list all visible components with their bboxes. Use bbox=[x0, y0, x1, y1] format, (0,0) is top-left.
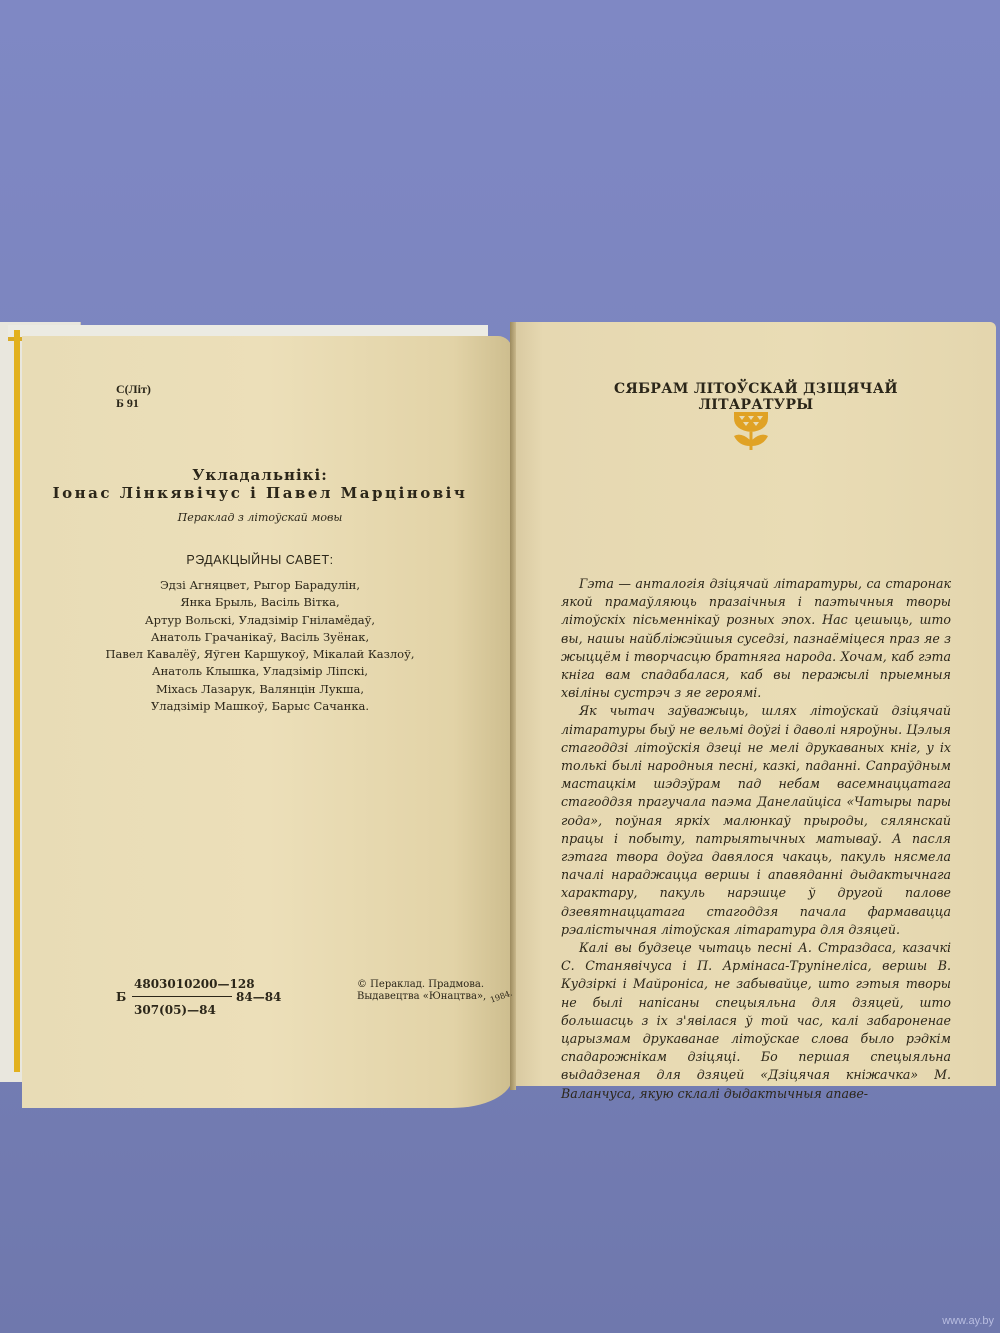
translation-note: Пераклад з літоўскай мовы bbox=[0, 511, 520, 524]
class-code-line: С(Літ) bbox=[116, 382, 151, 396]
board-line: Артур Вольскі, Уладзімір Гніламёдаў, bbox=[0, 612, 520, 629]
paragraph: Як чытач заўважыць, шлях літоўскай дзіця… bbox=[561, 702, 951, 939]
paragraph: Калі вы будзеце чытаць песні А. Страздас… bbox=[561, 939, 951, 1103]
editorial-board-title: РЭДАКЦЫЙНЫ САВЕТ: bbox=[0, 553, 520, 567]
flower-ornament-icon bbox=[733, 410, 769, 457]
board-line: Уладзімір Машкоў, Барыс Сачанка. bbox=[0, 698, 520, 715]
board-line: Анатоль Грачанікаў, Васіль Зуёнак, bbox=[0, 629, 520, 646]
biblio-suffix: 84—84 bbox=[236, 990, 281, 1004]
copyright-line-1: © Пераклад. Прадмова. bbox=[357, 979, 513, 991]
board-line: Янка Брыль, Васіль Вітка, bbox=[0, 594, 520, 611]
editorial-board-list: Эдзі Агняцвет, Рыгор Барадулін, Янка Бры… bbox=[0, 577, 520, 715]
classification-code: С(Літ) Б 91 bbox=[116, 382, 151, 410]
watermark: www.ay.by bbox=[942, 1315, 994, 1327]
copyright-line-2: Выдавецтва «Юнацтва», bbox=[357, 991, 486, 1002]
biblio-letter: Б bbox=[116, 990, 126, 1004]
compilers-names: Іонас Лінкявічус і Павел Марціновіч bbox=[0, 484, 520, 502]
biblio-numerator: 4803010200—128 bbox=[134, 977, 255, 991]
board-line: Павел Кавалёў, Яўген Каршукоў, Мікалай К… bbox=[0, 646, 520, 663]
board-line: Анатоль Клышка, Уладзімір Ліпскі, bbox=[0, 663, 520, 680]
chapter-title: СЯБРАМ ЛІТОЎСКАЙ ДЗІЦЯЧАЙ ЛІТАРАТУРЫ bbox=[556, 381, 956, 413]
paragraph: Гэта — анталогія дзіцячай літаратуры, са… bbox=[561, 575, 951, 702]
board-line: Міхась Лазарук, Валянцін Лукша, bbox=[0, 681, 520, 698]
class-code-line: Б 91 bbox=[116, 396, 151, 410]
biblio-denominator: 307(05)—84 bbox=[134, 1003, 216, 1017]
copyright-notice: © Пераклад. Прадмова. Выдавецтва «Юнацтв… bbox=[357, 979, 513, 1003]
board-line: Эдзі Агняцвет, Рыгор Барадулін, bbox=[0, 577, 520, 594]
compilers-label: Укладальнікі: bbox=[0, 466, 520, 484]
biblio-fraction-line bbox=[132, 996, 232, 997]
preface-text: Гэта — анталогія дзіцячай літаратуры, са… bbox=[561, 575, 951, 1103]
